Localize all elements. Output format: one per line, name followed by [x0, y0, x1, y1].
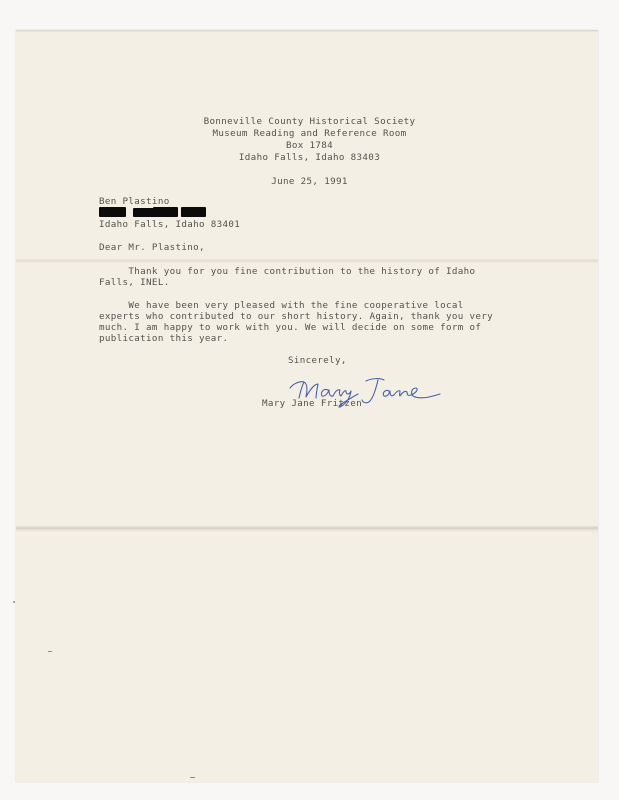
paragraph-2-line: experts who contributed to our short his… [99, 311, 493, 323]
redaction-block [153, 207, 178, 217]
paper-speck [13, 601, 15, 603]
letterhead-line-2: Museum Reading and Reference Room [0, 128, 619, 140]
closing: Sincerely, [288, 355, 347, 367]
recipient-name: Ben Plastino [99, 196, 170, 208]
redaction-block [181, 207, 206, 217]
salutation: Dear Mr. Plastino, [99, 242, 205, 254]
paragraph-2-line: publication this year. [99, 333, 228, 345]
paragraph-2-line: much. I am happy to work with you. We wi… [99, 322, 481, 334]
letterhead-line-4: Idaho Falls, Idaho 83403 [0, 152, 619, 164]
recipient-city: Idaho Falls, Idaho 83401 [99, 219, 240, 231]
paper-speck [190, 777, 195, 778]
paper-speck [48, 651, 52, 652]
letter-date: June 25, 1991 [0, 176, 619, 188]
letterhead-line-1: Bonneville County Historical Society [0, 116, 619, 128]
paragraph-1-line: Falls, INEL. [99, 277, 170, 289]
redaction-block [99, 207, 126, 217]
letterhead-line-3: Box 1784 [0, 140, 619, 152]
paragraph-1-line: Thank you for you fine contribution to t… [99, 266, 475, 278]
fold-line-bottom [16, 526, 598, 532]
signer-name: Mary Jane Fritzen [262, 398, 362, 410]
redaction-block [133, 208, 155, 217]
fold-line-top [16, 259, 598, 263]
paragraph-2-line: We have been very pleased with the fine … [99, 300, 464, 312]
